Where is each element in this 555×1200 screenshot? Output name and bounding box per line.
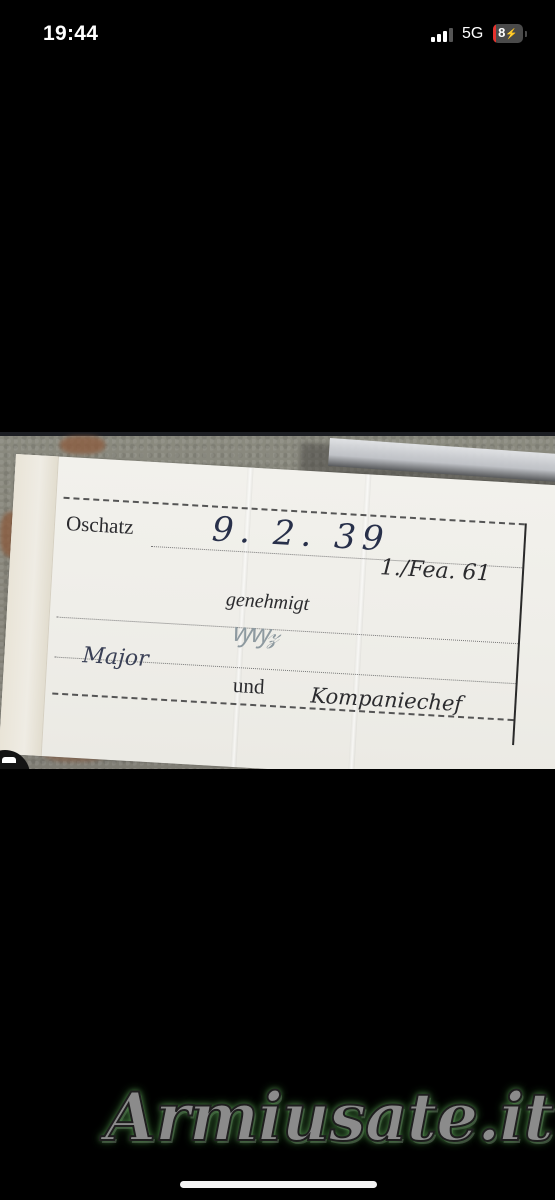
share-icon bbox=[2, 757, 16, 763]
photo-viewer-image[interactable]: Oschatz 9. 2. 39 1./Fea. 61 genehmigt ꝡꝡ… bbox=[0, 432, 555, 769]
watermark-logo: Armiusate.it bbox=[105, 1078, 535, 1156]
form-rule bbox=[57, 617, 518, 645]
home-indicator[interactable] bbox=[180, 1181, 377, 1188]
paper-label: Oschatz 9. 2. 39 1./Fea. 61 genehmigt ꝡꝡ… bbox=[0, 454, 555, 769]
status-bar: 19:44 5G 8⚡ bbox=[0, 0, 555, 70]
label-signature: ꝡꝡ𝓏 bbox=[230, 613, 278, 652]
battery-icon: 8⚡ bbox=[493, 24, 523, 43]
label-date: 9. 2. 39 bbox=[211, 509, 391, 559]
network-type: 5G bbox=[462, 25, 483, 43]
label-title: Kompaniechef bbox=[310, 683, 463, 716]
label-rank: Major bbox=[82, 643, 150, 672]
label-conjunction: und bbox=[232, 673, 265, 700]
battery-percent: 8⚡ bbox=[493, 25, 523, 40]
label-place: Oschatz bbox=[65, 511, 134, 540]
status-time: 19:44 bbox=[43, 22, 98, 46]
battery-cap bbox=[525, 31, 527, 37]
signal-icon bbox=[431, 28, 453, 42]
label-fold bbox=[0, 454, 59, 756]
form-box: Oschatz 9. 2. 39 1./Fea. 61 genehmigt ꝡꝡ… bbox=[51, 497, 527, 745]
charging-bolt-icon: ⚡ bbox=[505, 29, 517, 40]
label-approval: genehmigt bbox=[225, 588, 309, 616]
felt-rust-stain bbox=[60, 436, 105, 454]
label-unit: 1./Fea. 61 bbox=[379, 555, 491, 586]
